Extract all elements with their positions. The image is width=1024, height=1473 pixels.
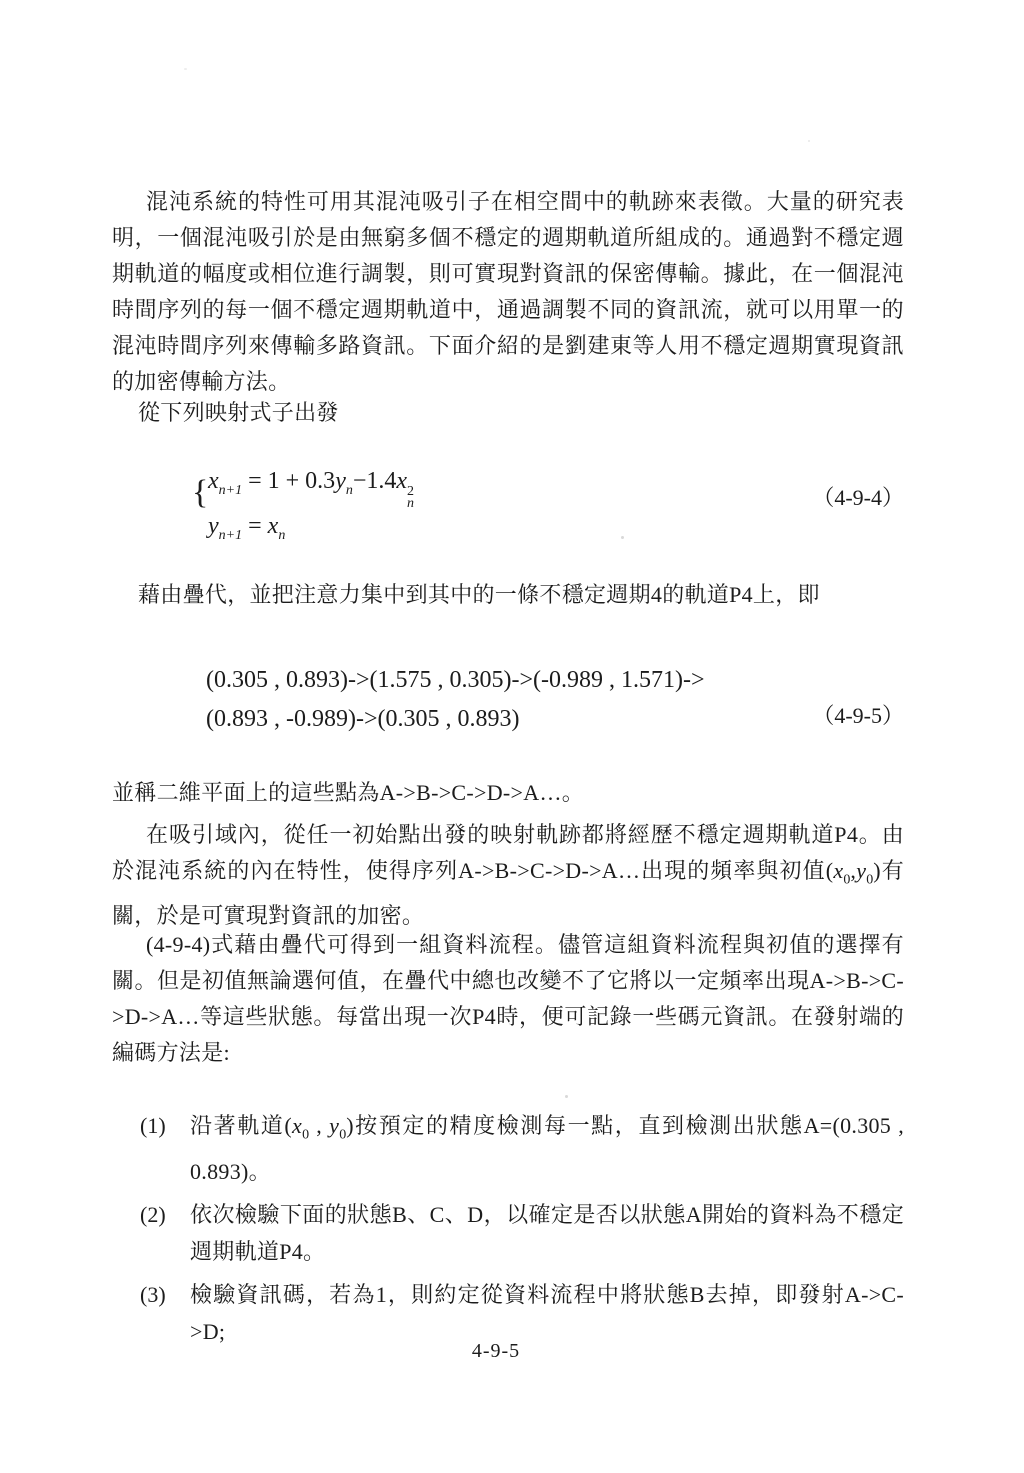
math-supsub: 2n xyxy=(407,486,414,510)
paragraph-points-naming: 並稱二維平面上的這些點為A->B->C->D->A…。 xyxy=(112,775,904,811)
math-var-y: y xyxy=(335,468,346,494)
paragraph-intro: 混沌系統的特性可用其混沌吸引子在相空間中的軌跡來表徵。大量的研究表明，一個混沌吸… xyxy=(112,184,904,400)
list-item-2-text: 依次檢驗下面的狀態B、C、D，以確定是否以狀態A開始的資料為不穩定週期軌道P4。 xyxy=(190,1196,904,1270)
paragraph-map-lead-in: 從下列映射式子出發 xyxy=(112,395,904,431)
math-var-x: x xyxy=(268,513,279,539)
equation-left-brace: { xyxy=(192,476,208,510)
trajectory-line-1: (0.305 , 0.893)->(1.575 , 0.305)->(-0.98… xyxy=(206,661,904,700)
scan-speck xyxy=(565,1095,568,1098)
list-item-2: (2) 依次檢驗下面的狀態B、C、D，以確定是否以狀態A開始的資料為不穩定週期軌… xyxy=(112,1196,904,1270)
scan-speck xyxy=(808,140,810,142)
math-sub: n xyxy=(278,528,285,543)
math-op: −1.4 xyxy=(353,468,397,494)
math-sub: n xyxy=(407,498,414,510)
math-var-x: x xyxy=(396,468,407,494)
math-var-x0: x xyxy=(292,1113,302,1138)
math-sub: n+1 xyxy=(219,483,242,498)
text-fragment: , xyxy=(309,1113,329,1138)
equation-number-4-9-5: （4-9-5） xyxy=(812,696,904,735)
math-var-x: x xyxy=(208,468,219,494)
equation-4-9-4: { xn+1 = 1 + 0.3yn−1.4x2n yn+1 = xn （4-9… xyxy=(112,465,904,552)
math-sub: n+1 xyxy=(219,528,242,543)
paragraph-encoding-intro: (4-9-4)式藉由疊代可得到一組資料流程。儘管這組資料流程與初值的選擇有關。但… xyxy=(112,927,904,1071)
list-item-1-label: (1) xyxy=(140,1107,190,1190)
list-item-1: (1) 沿著軌道(x0 , y0)按預定的精度檢測每一點，直到檢測出狀態A=(0… xyxy=(112,1107,904,1190)
math-op: = 1 + 0.3 xyxy=(242,468,335,494)
equation-number-4-9-4: （4-9-4） xyxy=(812,481,904,514)
list-item-2-label: (2) xyxy=(140,1196,190,1270)
encoding-steps-list: (1) 沿著軌道(x0 , y0)按預定的精度檢測每一點，直到檢測出狀態A=(0… xyxy=(112,1107,904,1356)
scan-speck xyxy=(621,536,624,539)
text-fragment: 沿著軌道( xyxy=(190,1113,292,1138)
text-fragment: 在吸引域內，從任一初始點出發的映射軌跡都將經歷不穩定週期軌道P4。由於混沌系統的… xyxy=(112,822,904,883)
list-item-1-text: 沿著軌道(x0 , y0)按預定的精度檢測每一點，直到檢測出狀態A=(0.305… xyxy=(190,1107,904,1190)
page-number: 4-9-5 xyxy=(0,1340,992,1363)
scan-speck xyxy=(184,68,187,70)
math-var-y0: y xyxy=(856,858,866,883)
equation-line-y: yn+1 = xn xyxy=(208,510,904,552)
equation-4-9-5: (0.305 , 0.893)->(1.575 , 0.305)->(-0.98… xyxy=(112,661,904,739)
math-sub: n xyxy=(346,483,353,498)
math-op: = xyxy=(242,513,268,539)
paragraph-attractor-basin: 在吸引域內，從任一初始點出發的映射軌跡都將經歷不穩定週期軌道P4。由於混沌系統的… xyxy=(112,817,904,934)
equation-body: { xn+1 = 1 + 0.3yn−1.4x2n yn+1 = xn xyxy=(208,465,904,552)
math-var-y0: y xyxy=(329,1113,339,1138)
math-var-x0: x xyxy=(833,858,843,883)
scanned-document-page: 混沌系統的特性可用其混沌吸引子在相空間中的軌跡來表徵。大量的研究表明，一個混沌吸… xyxy=(0,0,1024,1473)
paragraph-orbit-lead-in: 藉由疊代，並把注意力集中到其中的一條不穩定週期4的軌道P4上，即 xyxy=(112,577,904,613)
math-var-y: y xyxy=(208,513,219,539)
equation-line-x: xn+1 = 1 + 0.3yn−1.4x2n xyxy=(208,465,904,510)
trajectory-line-2: (0.893 , -0.989)->(0.305 , 0.893) xyxy=(206,700,904,739)
